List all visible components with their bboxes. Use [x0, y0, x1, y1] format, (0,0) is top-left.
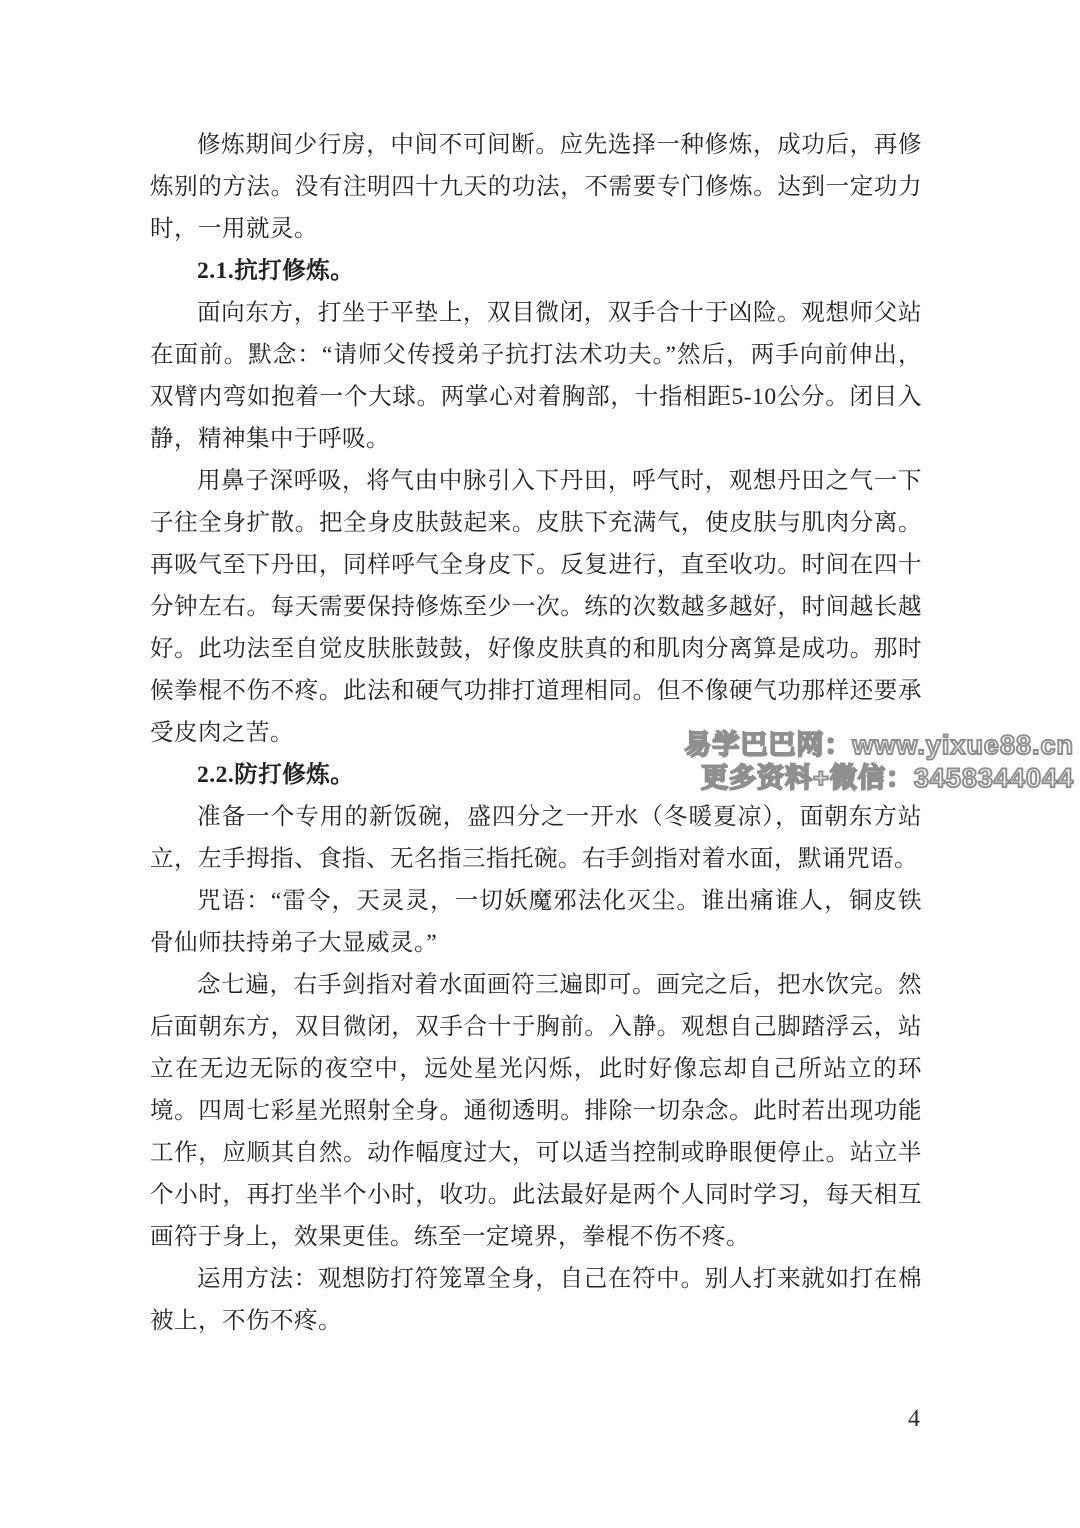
- watermark-wechat-line: 更多资料+微信：3458344044: [684, 762, 1074, 795]
- paragraph-defense-mantra: 咒语：“雷令，天灵灵，一切妖魔邪法化灭尘。谁出痛谁人，铜皮铁骨仙师扶持弟子大显威…: [150, 880, 922, 964]
- watermark: 易学巴巴网：www.yixue88.cn 更多资料+微信：3458344044: [684, 729, 1074, 795]
- section-heading-anti-hit: 2.1.抗打修炼。: [150, 250, 922, 292]
- paragraph-intro: 修炼期间少行房，中间不可间断。应先选择一种修炼，成功后，再修炼别的方法。没有注明…: [150, 124, 922, 250]
- paragraph-defense-practice: 念七遍，右手剑指对着水面画符三遍即可。画完之后，把水饮完。然后面朝东方，双目微闭…: [150, 964, 922, 1258]
- watermark-site-line: 易学巴巴网：www.yixue88.cn: [684, 729, 1074, 762]
- paragraph-defense-usage: 运用方法：观想防打符笼罩全身，自己在符中。别人打来就如打在棉被上，不伤不疼。: [150, 1258, 922, 1342]
- paragraph-defense-prepare: 准备一个专用的新饭碗，盛四分之一开水（冬暖夏凉），面朝东方站立，左手拇指、食指、…: [150, 796, 922, 880]
- page-number: 4: [894, 1406, 934, 1433]
- paragraph-anti-hit-breathing: 用鼻子深呼吸，将气由中脉引入下丹田，呼气时，观想丹田之气一下子往全身扩散。把全身…: [150, 460, 922, 754]
- paragraph-anti-hit-posture: 面向东方，打坐于平垫上，双目微闭，双手合十于凶险。观想师父站在面前。默念：“请师…: [150, 292, 922, 460]
- document-page: 修炼期间少行房，中间不可间断。应先选择一种修炼，成功后，再修炼别的方法。没有注明…: [0, 0, 1080, 1528]
